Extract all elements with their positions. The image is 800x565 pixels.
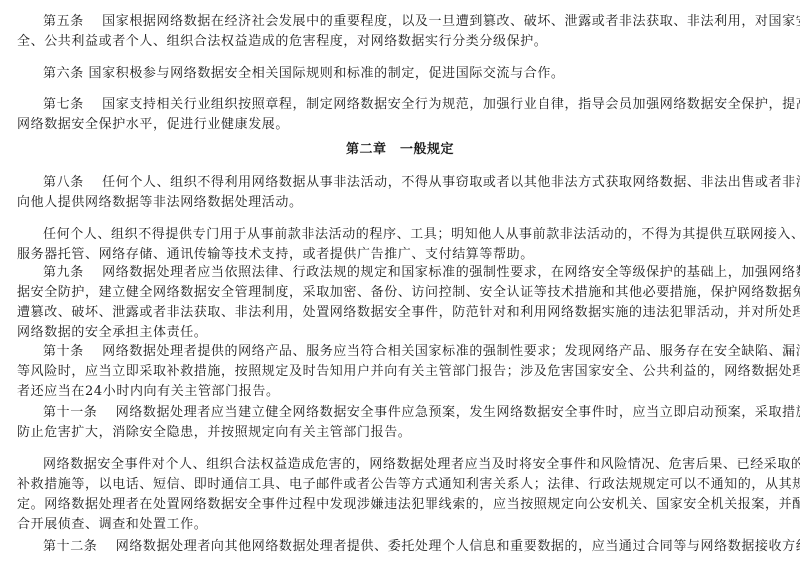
article-11-para-2-line-4: 合开展侦查、调查和处置工作。 — [17, 516, 207, 534]
article-10-line-3: 者还应当在24小时内向有关主管部门报告。 — [17, 383, 280, 401]
article-11-line-2: 防止危害扩大，消除安全隐患，并按照规定向有关主管部门报告。 — [17, 424, 411, 442]
article-9-line-2: 据安全防护，建立健全网络数据安全管理制度，采取加密、备份、访问控制、安全认证等技… — [17, 284, 800, 302]
article-7-line-1: 第七条 国家支持相关行业组织按照章程，制定网络数据安全行为规范，加强行业自律，指… — [43, 96, 800, 114]
document-page: 第五条 国家根据网络数据在经济社会发展中的重要程度，以及一旦遭到篡改、破坏、泄露… — [0, 0, 800, 565]
article-5-line-2: 全、公共利益或者个人、组织合法权益造成的危害程度，对网络数据实行分类分级保护。 — [17, 33, 547, 51]
article-8-para-2-line-1: 任何个人、组织不得提供专门用于从事前款非法活动的程序、工具；明知他人从事前款非法… — [43, 226, 800, 244]
article-11-para-2-line-3: 定。网络数据处理者在处置网络数据安全事件过程中发现涉嫌违法犯罪线索的，应当按照规… — [17, 496, 800, 514]
article-8-para-2-line-2: 服务器托管、网络存储、通讯传输等技术支持，或者提供广告推广、支付结算等帮助。 — [17, 246, 534, 264]
article-10-line-1: 第十条 网络数据处理者提供的网络产品、服务应当符合相关国家标准的强制性要求；发现… — [43, 343, 800, 361]
article-6-line-1: 第六条 国家积极参与网络数据安全相关国际规则和标准的制定，促进国际交流与合作。 — [43, 65, 565, 83]
article-12-line-1: 第十二条 网络数据处理者向其他网络数据处理者提供、委托处理个人信息和重要数据的，… — [43, 538, 800, 556]
chapter-heading: 第二章 一般规定 — [0, 141, 800, 159]
article-9-line-4: 网络数据的安全承担主体责任。 — [17, 324, 207, 342]
article-7-line-2: 网络数据安全保护水平，促进行业健康发展。 — [17, 116, 289, 134]
article-8-line-1: 第八条 任何个人、组织不得利用网络数据从事非法活动，不得从事窃取或者以其他非法方… — [43, 174, 800, 192]
article-9-line-1: 第九条 网络数据处理者应当依照法律、行政法规的规定和国家标准的强制性要求，在网络… — [43, 264, 800, 282]
article-10-line-2: 等风险时，应当立即采取补救措施，按照规定及时告知用户并向有关主管部门报告；涉及危… — [17, 363, 800, 381]
article-9-line-3: 遭篡改、破坏、泄露或者非法获取、非法利用，处置网络数据安全事件，防范针对和利用网… — [17, 304, 800, 322]
article-5-line-1: 第五条 国家根据网络数据在经济社会发展中的重要程度，以及一旦遭到篡改、破坏、泄露… — [43, 13, 800, 31]
article-11-para-2-line-2: 补救措施等，以电话、短信、即时通信工具、电子邮件或者公告等方式通知利害关系人；法… — [17, 476, 800, 494]
article-8-line-2: 向他人提供网络数据等非法网络数据处理活动。 — [17, 194, 303, 212]
article-11-para-2-line-1: 网络数据安全事件对个人、组织合法权益造成危害的，网络数据处理者应当及时将安全事件… — [43, 456, 800, 474]
article-11-line-1: 第十一条 网络数据处理者应当建立健全网络数据安全事件应急预案，发生网络数据安全事… — [43, 404, 800, 422]
